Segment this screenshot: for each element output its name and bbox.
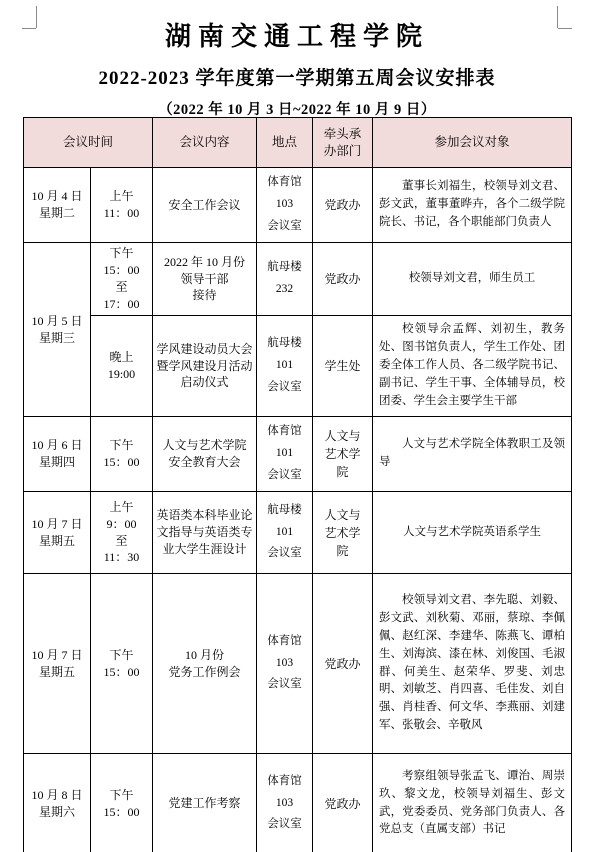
cell-date: 10 月 8 日 星期六 <box>24 754 91 852</box>
table-row: 10 月 8 日 星期六 下午 15：00 党建工作考察 体育馆 103 会议室… <box>24 754 572 852</box>
cell-content: 学风建设动员大会暨学风建设月活动启动仪式 <box>153 316 257 417</box>
col-header-meeting-time: 会议时间 <box>24 118 153 168</box>
cell-time: 下午 15：00 <box>91 417 153 492</box>
col-header-location: 地点 <box>257 118 313 168</box>
cell-department: 党政办 <box>313 243 373 316</box>
cell-department: 人文与 艺术学 院 <box>313 492 373 574</box>
col-header-participants: 参加会议对象 <box>373 118 572 168</box>
school-name: 湖南交通工程学院 <box>0 16 594 53</box>
cell-department: 学生处 <box>313 316 373 417</box>
table-row: 10 月 7 日 星期五 下午 15：00 10 月份 党务工作例会 体育馆 1… <box>24 574 572 754</box>
cell-department: 党政办 <box>313 574 373 754</box>
cell-location: 航母楼 232 <box>257 243 313 316</box>
cell-participants: 校领导刘文君，师生员工 <box>373 243 572 316</box>
cell-location: 体育馆 103 会议室 <box>257 168 313 243</box>
page-corner-mark-top-right <box>558 28 572 29</box>
cell-content: 人文与艺术学院 安全教育大会 <box>153 417 257 492</box>
table-row: 晚上 19:00 学风建设动员大会暨学风建设月活动启动仪式 航母楼 101 会议… <box>24 316 572 417</box>
meeting-schedule-table: 会议时间 会议内容 地点 牵头承 办部门 参加会议对象 10 月 4 日 星期二… <box>23 117 572 852</box>
table-row: 10 月 4 日 星期二 上午 11：00 安全工作会议 体育馆 103 会议室… <box>24 168 572 243</box>
page-corner-mark-top-left-v <box>36 6 37 28</box>
date-range: （2022 年 10 月 3 日~2022 年 10 月 9 日） <box>0 98 594 119</box>
cell-date: 10 月 4 日 星期二 <box>24 168 91 243</box>
cell-time: 晚上 19:00 <box>91 316 153 417</box>
cell-participants: 人文与艺术学院全体教职工及领导 <box>373 417 572 492</box>
cell-time: 下午 15：00 <box>91 574 153 754</box>
cell-department: 人文与 艺术学 院 <box>313 417 373 492</box>
cell-participants: 人文与艺术学院英语系学生 <box>373 492 572 574</box>
cell-participants: 考察组领导张孟飞、谭治、周崇玖、黎文龙，校领导刘福生、彭文武，党委委员、党务部门… <box>373 754 572 852</box>
cell-content: 10 月份 党务工作例会 <box>153 574 257 754</box>
page-title: 2022-2023 学年度第一学期第五周会议安排表 <box>0 63 594 90</box>
cell-department: 党政办 <box>313 754 373 852</box>
table-header-row: 会议时间 会议内容 地点 牵头承 办部门 参加会议对象 <box>24 118 572 168</box>
cell-department: 党政办 <box>313 168 373 243</box>
cell-location: 航母楼 101 会议室 <box>257 316 313 417</box>
cell-date: 10 月 6 日 星期四 <box>24 417 91 492</box>
cell-location: 体育馆 103 会议室 <box>257 574 313 754</box>
cell-content: 安全工作会议 <box>153 168 257 243</box>
cell-participants: 校领导佘孟辉、刘初生，教务处、图书馆负责人，学生工作处、团委全体工作人员、各二级… <box>373 316 572 417</box>
document-header: 湖南交通工程学院 2022-2023 学年度第一学期第五周会议安排表 （2022… <box>0 0 594 119</box>
cell-date: 10 月 7 日 星期五 <box>24 574 91 754</box>
col-header-meeting-content: 会议内容 <box>153 118 257 168</box>
cell-time: 上午 9：00 至 11：30 <box>91 492 153 574</box>
page-corner-mark-top-right-v <box>557 6 558 28</box>
cell-date: 10 月 5 日 星期三 <box>24 243 91 417</box>
cell-location: 体育馆 101 会议室 <box>257 417 313 492</box>
cell-location: 航母楼 101 会议室 <box>257 492 313 574</box>
cell-location: 体育馆 103 会议室 <box>257 754 313 852</box>
cell-participants: 校领导刘文君、李先聪、刘毅、彭文武、刘秋菊、邓丽，蔡琼、李佩佩、赵红深、李建华、… <box>373 574 572 754</box>
table-row: 10 月 5 日 星期三 下午 15：00 至 17：00 2022 年 10 … <box>24 243 572 316</box>
cell-time: 上午 11：00 <box>91 168 153 243</box>
cell-date: 10 月 7 日 星期五 <box>24 492 91 574</box>
cell-content: 党建工作考察 <box>153 754 257 852</box>
cell-participants: 董事长刘福生，校领导刘文君、彭文武，董事董晔卉，各个二级学院院长、书记，各个职能… <box>373 168 572 243</box>
table-row: 10 月 6 日 星期四 下午 15：00 人文与艺术学院 安全教育大会 体育馆… <box>24 417 572 492</box>
col-header-department: 牵头承 办部门 <box>313 118 373 168</box>
cell-content: 2022 年 10 月份 领导干部 接待 <box>153 243 257 316</box>
table-row: 10 月 7 日 星期五 上午 9：00 至 11：30 英语类本科毕业论文指导… <box>24 492 572 574</box>
cell-content: 英语类本科毕业论文指导与英语类专业大学生涯设计 <box>153 492 257 574</box>
cell-time: 下午 15：00 <box>91 754 153 852</box>
page-corner-mark-top-left <box>22 28 36 29</box>
cell-time: 下午 15：00 至 17：00 <box>91 243 153 316</box>
